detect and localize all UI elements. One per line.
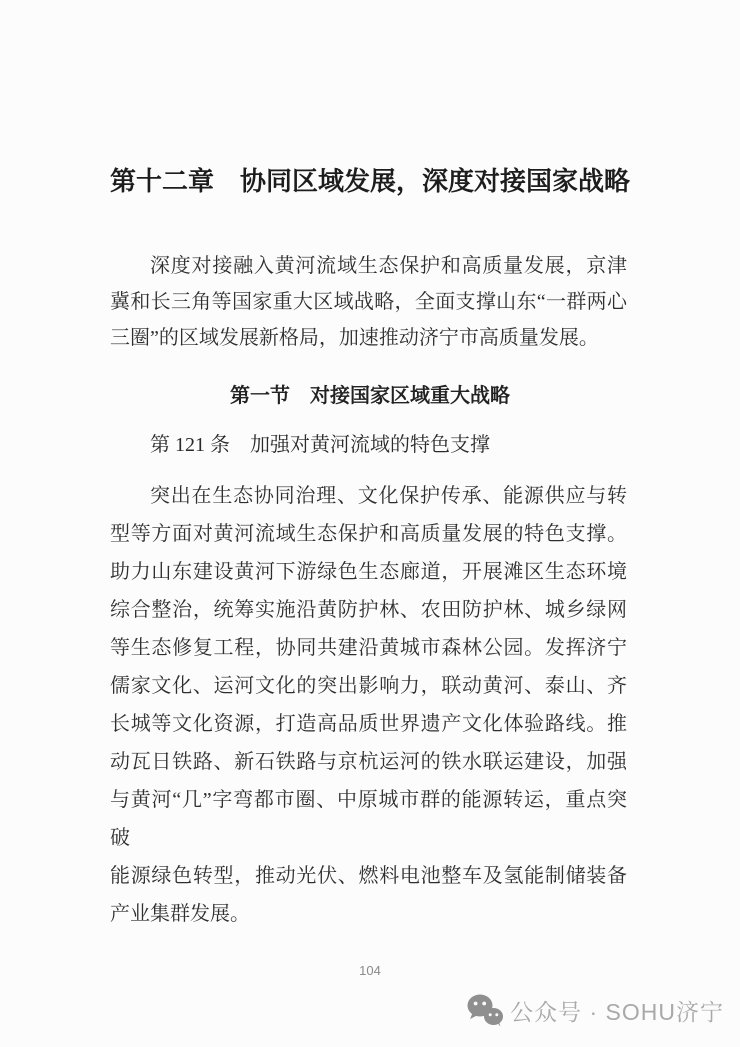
page-number: 104: [0, 963, 740, 978]
chapter-title: 第十二章 协同区域发展，深度对接国家战略: [0, 161, 740, 198]
section-heading: 第一节 对接国家区域重大战略: [0, 379, 740, 408]
text-line: 长城等文化资源，打造高品质世界遗产文化体验路线。推: [110, 705, 627, 743]
text-line: 冀和长三角等国家重大区域战略，全面支撑山东“一群两心: [110, 284, 627, 320]
article-heading: 第 121 条 加强对黄河流域的特色支撑: [110, 428, 667, 457]
text-line: 儒家文化、运河文化的突出影响力，联动黄河、泰山、齐: [110, 667, 627, 705]
text-line: 与黄河“几”字弯都市圈、中原城市群的能源转运，重点突破: [110, 781, 627, 857]
text-line: 突出在生态协同治理、文化保护传承、能源供应与转: [110, 477, 627, 515]
wechat-icon: [467, 994, 503, 1027]
watermark: 公众号 · SOHU济宁: [467, 994, 724, 1027]
document-page: 第十二章 协同区域发展，深度对接国家战略 深度对接融入黄河流域生态保护和高质量发…: [0, 0, 740, 1047]
text-line: 产业集群发展。: [110, 895, 627, 933]
text-line: 三圈”的区域发展新格局，加速推动济宁市高质量发展。: [110, 320, 627, 356]
text-line: 型等方面对黄河流域生态保护和高质量发展的特色支撑。: [110, 515, 627, 553]
intro-paragraph: 深度对接融入黄河流域生态保护和高质量发展，京津冀和长三角等国家重大区域战略，全面…: [110, 248, 627, 356]
text-line: 助力山东建设黄河下游绿色生态廊道，开展滩区生态环境: [110, 553, 627, 591]
text-line: 深度对接融入黄河流域生态保护和高质量发展，京津: [110, 248, 627, 284]
body-paragraph: 突出在生态协同治理、文化保护传承、能源供应与转型等方面对黄河流域生态保护和高质量…: [110, 477, 627, 933]
watermark-label: 公众号 · SOHU济宁: [510, 994, 724, 1027]
text-line: 动瓦日铁路、新石铁路与京杭运河的铁水联运建设，加强: [110, 743, 627, 781]
text-line: 综合整治，统筹实施沿黄防护林、农田防护林、城乡绿网: [110, 591, 627, 629]
text-line: 能源绿色转型，推动光伏、燃料电池整车及氢能制储装备: [110, 857, 627, 895]
text-line: 等生态修复工程，协同共建沿黄城市森林公园。发挥济宁: [110, 629, 627, 667]
